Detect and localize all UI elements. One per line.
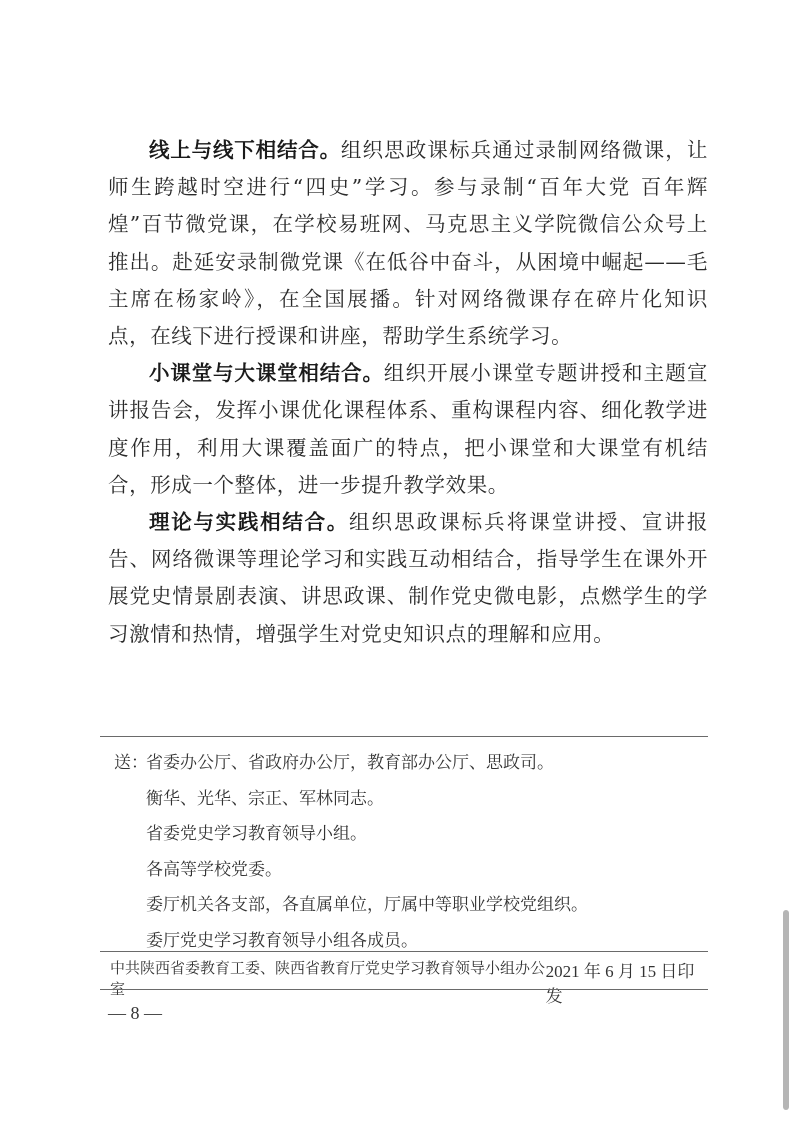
paragraph-heading: 线上与线下相结合。 [149,138,341,162]
distribution-row: 衡华、光华、宗正、军林同志。 [114,782,714,818]
distribution-row: 委厅党史学习教育领导小组各成员。 [114,924,714,960]
paragraph-theory-practice: 理论与实践相结合。组织思政课标兵将课堂讲授、宣讲报告、网络微课等理论学习和实践互… [108,504,708,653]
paragraph-small-large-class: 小课堂与大课堂相结合。组织开展小课堂专题讲授和主题宣讲报告会，发挥小课优化课程体… [108,355,708,504]
distribution-recipient: 省委党史学习教育领导小组。 [146,824,367,844]
page-number: — 8 — [108,1003,162,1024]
distribution-list: 送：省委办公厅、省政府办公厅，教育部办公厅、思政司。 衡华、光华、宗正、军林同志… [114,746,714,959]
distribution-row: 各高等学校党委。 [114,853,714,889]
divider-bottom [100,989,708,990]
issuance-footer: 中共陕西省委教育工委、陕西省教育厅党史学习教育领导小组办公室 2021 年 6 … [110,957,706,1007]
issue-date: 2021 年 6 月 15 日印发 [546,957,706,1007]
paragraph-text: 组织思政课标兵通过录制网络微课，让师生跨越时空进行“四史”学习。参与录制“百年大… [108,138,708,348]
distribution-recipient: 各高等学校党委。 [146,860,282,880]
distribution-row: 委厅机关各支部，各直属单位，厅属中等职业学校党组织。 [114,888,714,924]
paragraph-online-offline: 线上与线下相结合。组织思政课标兵通过录制网络微课，让师生跨越时空进行“四史”学习… [108,132,708,355]
paragraph-heading: 理论与实践相结合。 [149,510,349,534]
distribution-recipient: 委厅机关各支部，各直属单位，厅属中等职业学校党组织。 [146,895,588,915]
distribution-recipient: 省委办公厅、省政府办公厅，教育部办公厅、思政司。 [146,753,554,773]
distribution-row: 送：省委办公厅、省政府办公厅，教育部办公厅、思政司。 [114,746,714,782]
vertical-scrollbar[interactable] [783,910,789,1110]
issuer-name: 中共陕西省委教育工委、陕西省教育厅党史学习教育领导小组办公室 [110,957,546,1007]
divider-top [100,736,708,737]
distribution-recipient: 委厅党史学习教育领导小组各成员。 [146,931,418,951]
distribution-recipient: 衡华、光华、宗正、军林同志。 [146,789,384,809]
document-body: 线上与线下相结合。组织思政课标兵通过录制网络微课，让师生跨越时空进行“四史”学习… [108,132,708,653]
distribution-prefix: 送： [114,746,146,782]
paragraph-heading: 小课堂与大课堂相结合。 [149,361,384,385]
divider-middle [100,951,708,952]
distribution-row: 省委党史学习教育领导小组。 [114,817,714,853]
